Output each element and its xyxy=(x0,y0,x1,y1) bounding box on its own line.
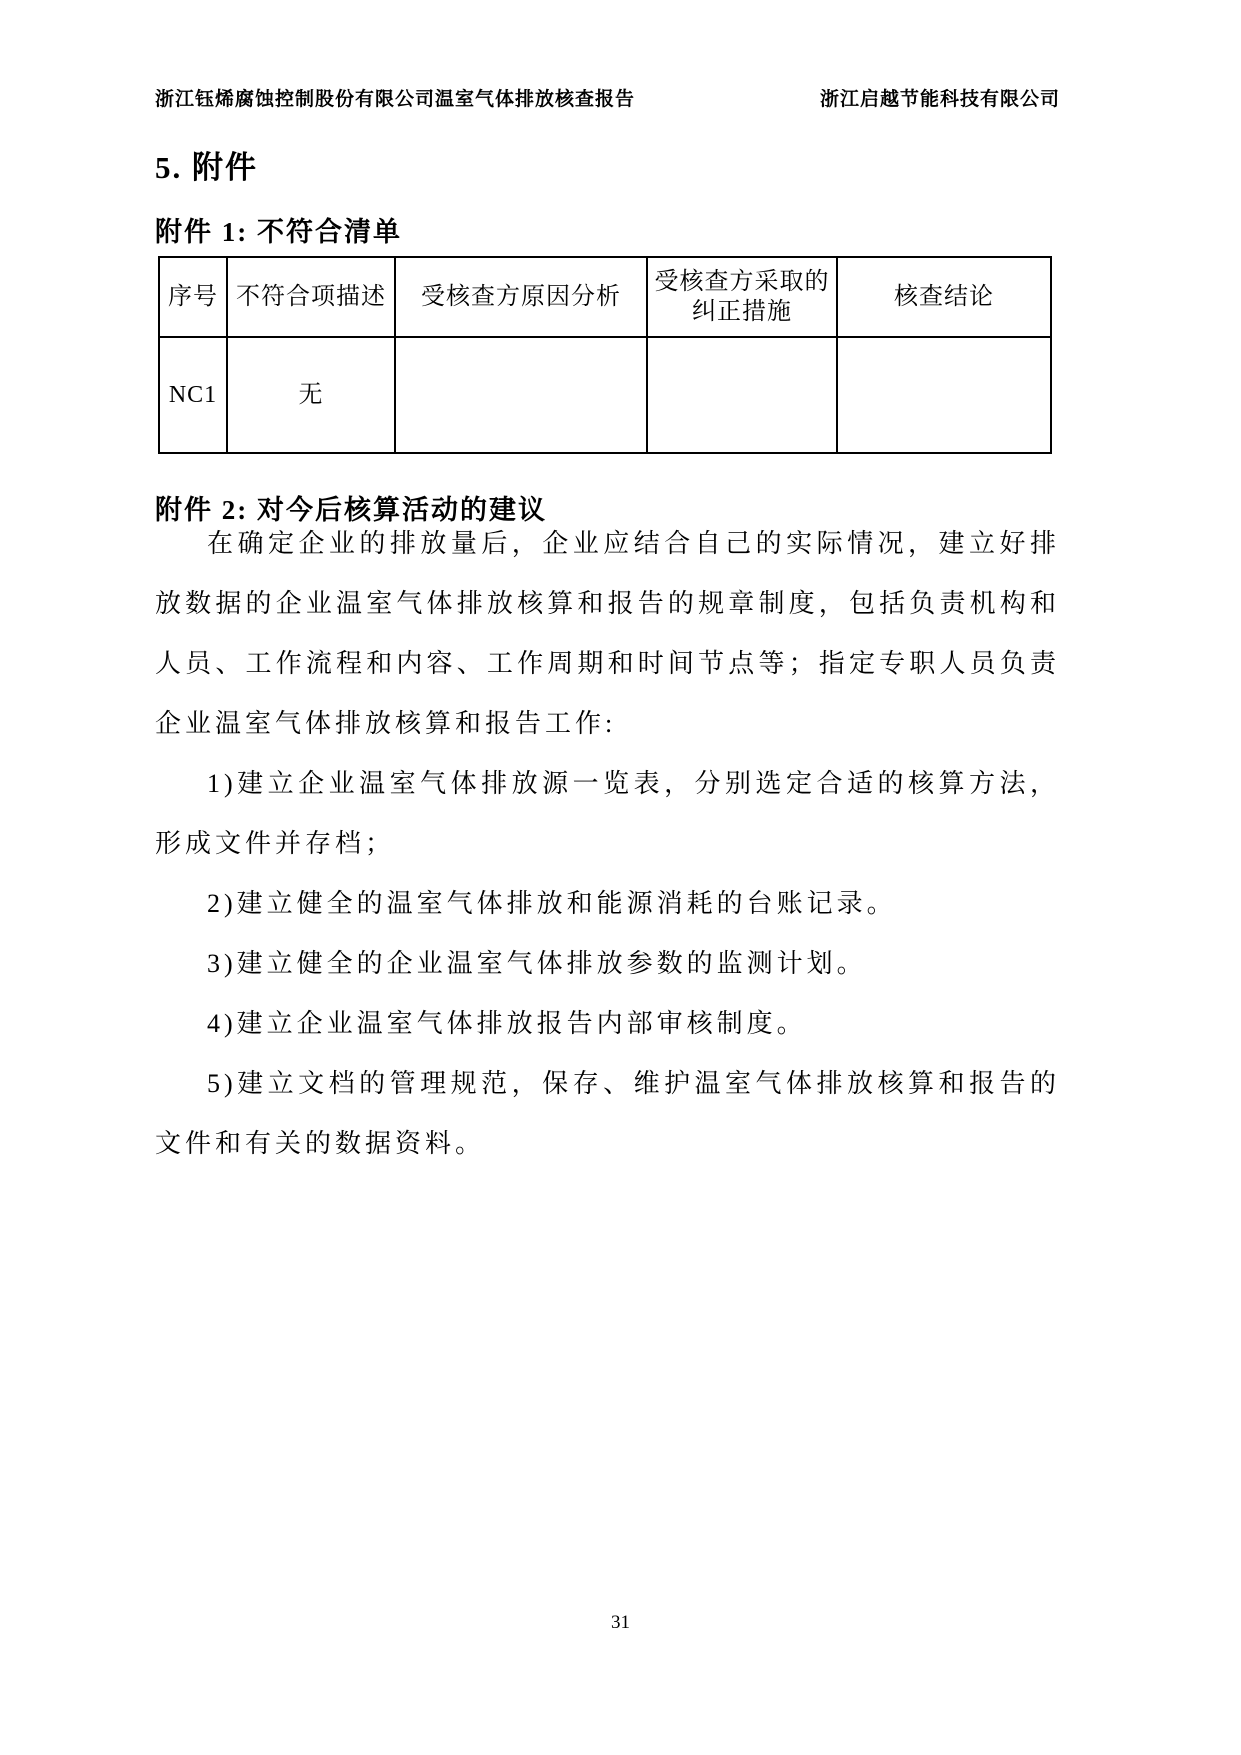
attachment2-body: 在确定企业的排放量后，企业应结合自己的实际情况，建立好排放数据的企业温室气体排放… xyxy=(155,514,1060,1174)
paragraph-item-5: 5)建立文档的管理规范，保存、维护温室气体排放核算和报告的文件和有关的数据资料。 xyxy=(155,1054,1060,1174)
paragraph-item-3: 3)建立健全的企业温室气体排放参数的监测计划。 xyxy=(155,934,1060,994)
section-title: 5. 附件 xyxy=(155,142,258,187)
column-header-corrective-action: 受核查方采取的纠正措施 xyxy=(647,257,837,337)
cell-corrective-action xyxy=(647,337,837,453)
cell-seq: NC1 xyxy=(159,337,227,453)
cell-conclusion xyxy=(837,337,1051,453)
nonconformity-table: 序号 不符合项描述 受核查方原因分析 受核查方采取的纠正措施 核查结论 NC1 … xyxy=(158,256,1052,454)
paragraph-item-1: 1)建立企业温室气体排放源一览表，分别选定合适的核算方法，形成文件并存档； xyxy=(155,754,1060,874)
column-header-conclusion: 核查结论 xyxy=(837,257,1051,337)
column-header-cause-analysis: 受核查方原因分析 xyxy=(395,257,647,337)
header-left-title: 浙江钰烯腐蚀控制股份有限公司温室气体排放核查报告 xyxy=(155,84,635,111)
column-header-seq: 序号 xyxy=(159,257,227,337)
header-right-company: 浙江启越节能科技有限公司 xyxy=(820,84,1060,111)
column-header-description: 不符合项描述 xyxy=(227,257,395,337)
cell-description: 无 xyxy=(227,337,395,453)
table-row: NC1 无 xyxy=(159,337,1051,453)
paragraph-item-2: 2)建立健全的温室气体排放和能源消耗的台账记录。 xyxy=(155,874,1060,934)
table-header-row: 序号 不符合项描述 受核查方原因分析 受核查方采取的纠正措施 核查结论 xyxy=(159,257,1051,337)
running-header: 浙江钰烯腐蚀控制股份有限公司温室气体排放核查报告 浙江启越节能科技有限公司 xyxy=(155,84,1060,111)
cell-cause-analysis xyxy=(395,337,647,453)
paragraph-intro: 在确定企业的排放量后，企业应结合自己的实际情况，建立好排放数据的企业温室气体排放… xyxy=(155,514,1060,754)
paragraph-item-4: 4)建立企业温室气体排放报告内部审核制度。 xyxy=(155,994,1060,1054)
document-page: 浙江钰烯腐蚀控制股份有限公司温室气体排放核查报告 浙江启越节能科技有限公司 5.… xyxy=(0,0,1241,1755)
attachment1-heading: 附件 1: 不符合清单 xyxy=(155,210,402,249)
page-number: 31 xyxy=(0,1612,1241,1634)
